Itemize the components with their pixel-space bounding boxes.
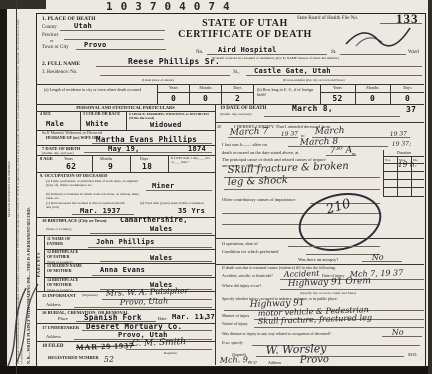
us-days-value: 0	[391, 94, 424, 103]
writing-line	[100, 75, 230, 76]
father-name-value: John Phillips	[96, 238, 155, 246]
age-days-value: 18	[142, 162, 152, 171]
state-title: STATE OF UTAH	[175, 18, 315, 29]
related-to-occupation-label: Was disease or injury in any way related…	[222, 332, 331, 337]
county-label: County	[42, 25, 57, 31]
us-years-value: 52	[321, 94, 354, 103]
writing-line	[126, 349, 212, 350]
town-or-city-label: Town or City	[42, 45, 69, 51]
certify-line2: I last saw h—— alive on	[222, 142, 267, 147]
cause-of-death-line2: leg & shock	[228, 175, 288, 188]
occupation-title: 9. OCCUPATION OF DECEASED	[40, 173, 107, 178]
certify-section-number: 20	[217, 125, 221, 130]
mother-name-value: Anna Evans	[100, 266, 145, 274]
certify-line3: death occurred on the date stated above,…	[222, 150, 298, 155]
race-label: 5 COLOR OR RACE	[83, 112, 120, 117]
occupation-d-value: 35 Yrs	[178, 207, 205, 215]
occupation-a-value: Miner	[152, 182, 175, 190]
hospital-note: (If death occurred in a hospital or inst…	[212, 56, 339, 60]
death-certificate-document: MARGIN RESERVED FOR BINDING N. B.—WRITE …	[0, 0, 432, 374]
writing-line	[146, 190, 212, 191]
writing-line	[362, 261, 402, 262]
particulars-title: PERSONAL AND STATISTICAL PARTICULARS	[36, 105, 215, 110]
rule-line	[383, 156, 424, 157]
ward-label: Ward	[408, 50, 419, 56]
occupation-a-label: (a) Trade, profession, or particular kin…	[46, 179, 146, 187]
birthplace-value: Camarthershire,	[120, 216, 188, 224]
writing-line	[246, 75, 422, 76]
nature-of-injury-label: Nature of injury	[222, 322, 248, 327]
age-months-header: Months	[100, 157, 112, 162]
burial-place-label: Place	[58, 316, 68, 321]
age-less-label: If LESS than 1 day, ___ hrs. or ___ min.…	[171, 156, 213, 164]
autopsy-label: Was there an autopsy?	[298, 257, 338, 262]
md-label: M.D.	[408, 352, 418, 357]
scan-edge-right	[428, 0, 432, 374]
cell-line	[168, 155, 169, 172]
nonresident-note: (If non-resident give city or town and S…	[283, 78, 345, 82]
writing-line	[60, 30, 165, 31]
operation-date-label: If operation, date of	[222, 241, 258, 246]
st-label: St.	[331, 50, 336, 56]
mother-name-label2: OF MOTHER	[47, 269, 72, 274]
residence-st-label: St.,	[233, 70, 240, 76]
signed-address-value: Provo	[300, 354, 330, 366]
birthplace-label: 10 BIRTHPLACE (City or Town)	[42, 218, 107, 223]
cell-line	[130, 155, 131, 172]
age-months-value: 9	[108, 162, 113, 171]
last-seen-year: 19 37;	[392, 140, 411, 148]
writing-line	[280, 289, 424, 290]
registered-number-value: 52	[104, 355, 114, 364]
months-header: Months	[356, 86, 389, 91]
days-header: Days	[222, 86, 253, 91]
file-number-label: State Board of Health File No.	[297, 16, 358, 22]
age-years-value: 62	[66, 162, 76, 171]
writing-line	[72, 214, 134, 215]
rule-line	[215, 238, 424, 239]
occupation-d-label: (d) Total time (years) spent in this occ…	[140, 201, 206, 205]
undertaker-label: 17 UNDERTAKER	[42, 325, 79, 330]
age-label: 8 AGE	[40, 156, 53, 161]
burial-year-prefix: 19	[200, 316, 204, 321]
date-of-death-year: 37	[406, 105, 416, 114]
writing-line	[64, 39, 164, 40]
signed-year: 19 37	[248, 361, 257, 366]
abode-note: (Usual place of abode)	[142, 78, 174, 82]
writing-line	[306, 254, 380, 255]
undertaker-address-label: Address	[46, 334, 61, 339]
writing-line	[340, 54, 406, 55]
residence-label: 3. Residence: No.	[42, 70, 78, 76]
column-divider-line	[215, 104, 216, 365]
or-label: or	[50, 39, 53, 44]
signed-date-value: Mch. 9,	[220, 355, 251, 365]
residence-months-value: 0	[190, 94, 221, 103]
stamped-serial-number: 103704074	[106, 0, 238, 13]
writing-line	[76, 49, 166, 50]
date-of-death-value: March 8,	[292, 104, 333, 113]
operation-condition-label: Condition for which performed	[222, 249, 278, 254]
where-injury-label: Where did injury occur?	[222, 284, 261, 289]
rule-line	[383, 187, 424, 188]
no-label: No.	[196, 50, 203, 56]
age-years-header: Years	[64, 157, 73, 162]
scan-smudge	[0, 0, 46, 9]
duration-yrs-header: Yrs.	[385, 158, 391, 162]
full-name-label: 2. FULL NAME	[42, 61, 80, 67]
writing-line	[288, 246, 380, 247]
rule-line	[383, 171, 424, 172]
informant-label: 15 INFORMANT	[42, 293, 76, 298]
years-header: Years	[321, 86, 354, 91]
burial-date-label: Date	[158, 316, 167, 321]
days-header: Days	[391, 86, 424, 91]
us-months-value: 0	[356, 94, 389, 103]
rule-line	[157, 92, 253, 93]
county-value: Utah	[74, 22, 92, 30]
spouse-label2: HUSBAND OF (or) WIFE OF	[46, 136, 98, 141]
rule-line	[383, 196, 424, 197]
scan-edge-bottom	[0, 366, 432, 374]
race-value: White	[86, 120, 109, 128]
writing-line	[92, 275, 212, 276]
rule-line	[215, 122, 424, 123]
informant-sub-label: (Signature)	[82, 293, 98, 297]
if-so-specify-label: If so, specify	[222, 341, 243, 346]
writing-line	[224, 189, 380, 190]
writing-line	[90, 233, 212, 234]
cell-line	[92, 155, 93, 172]
years-header: Years	[158, 86, 189, 91]
writing-line	[92, 143, 212, 144]
registered-number-label: REGISTERED NUMBER	[48, 355, 99, 360]
registrar-label: Registrar.	[164, 351, 178, 355]
months-header: Months	[190, 86, 221, 91]
father-name-label2: FATHER	[47, 242, 63, 247]
informant-address-label: Address	[46, 302, 61, 307]
writing-line	[382, 336, 422, 337]
accident-kind-label: Accident, suicide, or homicide?	[222, 274, 273, 279]
writing-line	[74, 307, 212, 308]
writing-line	[84, 152, 212, 153]
birthplace-sub-label: (State or Country)	[46, 227, 71, 231]
writing-line	[228, 137, 298, 138]
duration-value: 19 h.	[398, 159, 417, 169]
birthplace-country-value: Wales	[150, 225, 173, 233]
cell-line	[126, 111, 127, 130]
certificate-title: CERTIFICATE OF DEATH	[165, 29, 325, 40]
marital-label: 6 SINGLE, MARRIED, WIDOWED, or DIVORCED …	[129, 112, 213, 120]
signed-address-label: Address	[268, 361, 281, 366]
rule-line	[383, 179, 424, 180]
filed-label: 18 FILED	[42, 344, 64, 350]
cell-line	[253, 84, 254, 104]
manner-of-injury-label: Manner of injury	[222, 314, 249, 319]
us-residence-label: (b) How long in U. S., if of foreign bir…	[257, 88, 317, 97]
father-birthplace-label2: OF FATHER	[47, 255, 69, 260]
attended-to-value: March	[315, 126, 345, 137]
writing-line	[207, 54, 327, 55]
writing-line	[100, 261, 212, 262]
writing-line	[326, 155, 356, 156]
hospital-value: Aird Hospital	[218, 46, 277, 54]
cell-line	[80, 111, 81, 130]
sex-label: 4 SEX	[40, 112, 51, 117]
marital-value: Widowed	[150, 121, 182, 129]
burial-year-value: 37	[206, 313, 215, 321]
duration-header: Duration	[384, 151, 424, 156]
code-210-value: 210	[324, 196, 352, 217]
where-injury-sub: (Specify city or town, county and State)	[300, 291, 356, 295]
informant-address-value: Provo, Utah	[120, 296, 169, 307]
certify-line4a: The principal cause of death and related…	[222, 157, 378, 162]
writing-line	[88, 247, 212, 248]
rule-line	[320, 92, 424, 93]
date-of-death-sub: (month, day, and year)	[220, 112, 252, 116]
residence-days-value: 2	[222, 94, 253, 103]
occupation-b-label: (b) Industry or business in which work w…	[46, 192, 146, 200]
age-days-header: Days	[140, 157, 148, 162]
length-of-residence-label: (a) Length of residence in city or town …	[44, 88, 154, 93]
full-name-value: Reese Phillips Sr.	[128, 57, 220, 66]
residence-value: Castle Gate, Utah	[254, 67, 331, 75]
registrar-signature: C. M. Smith	[132, 337, 187, 349]
mother-birthplace-label2: OF MOTHER	[47, 283, 72, 288]
contributory-causes-label: Other contributory causes of importance:	[222, 197, 296, 202]
town-or-city-value: Provo	[84, 41, 107, 49]
checkmark-scrawl	[342, 22, 414, 50]
writing-line	[256, 356, 404, 357]
sex-value: Male	[46, 120, 64, 128]
parents-section-label: PARENTS	[37, 240, 44, 288]
residence-years-value: 0	[158, 94, 189, 103]
writing-line	[264, 116, 400, 117]
date-of-death-label: 19 DATE OF DEATH	[220, 106, 266, 112]
